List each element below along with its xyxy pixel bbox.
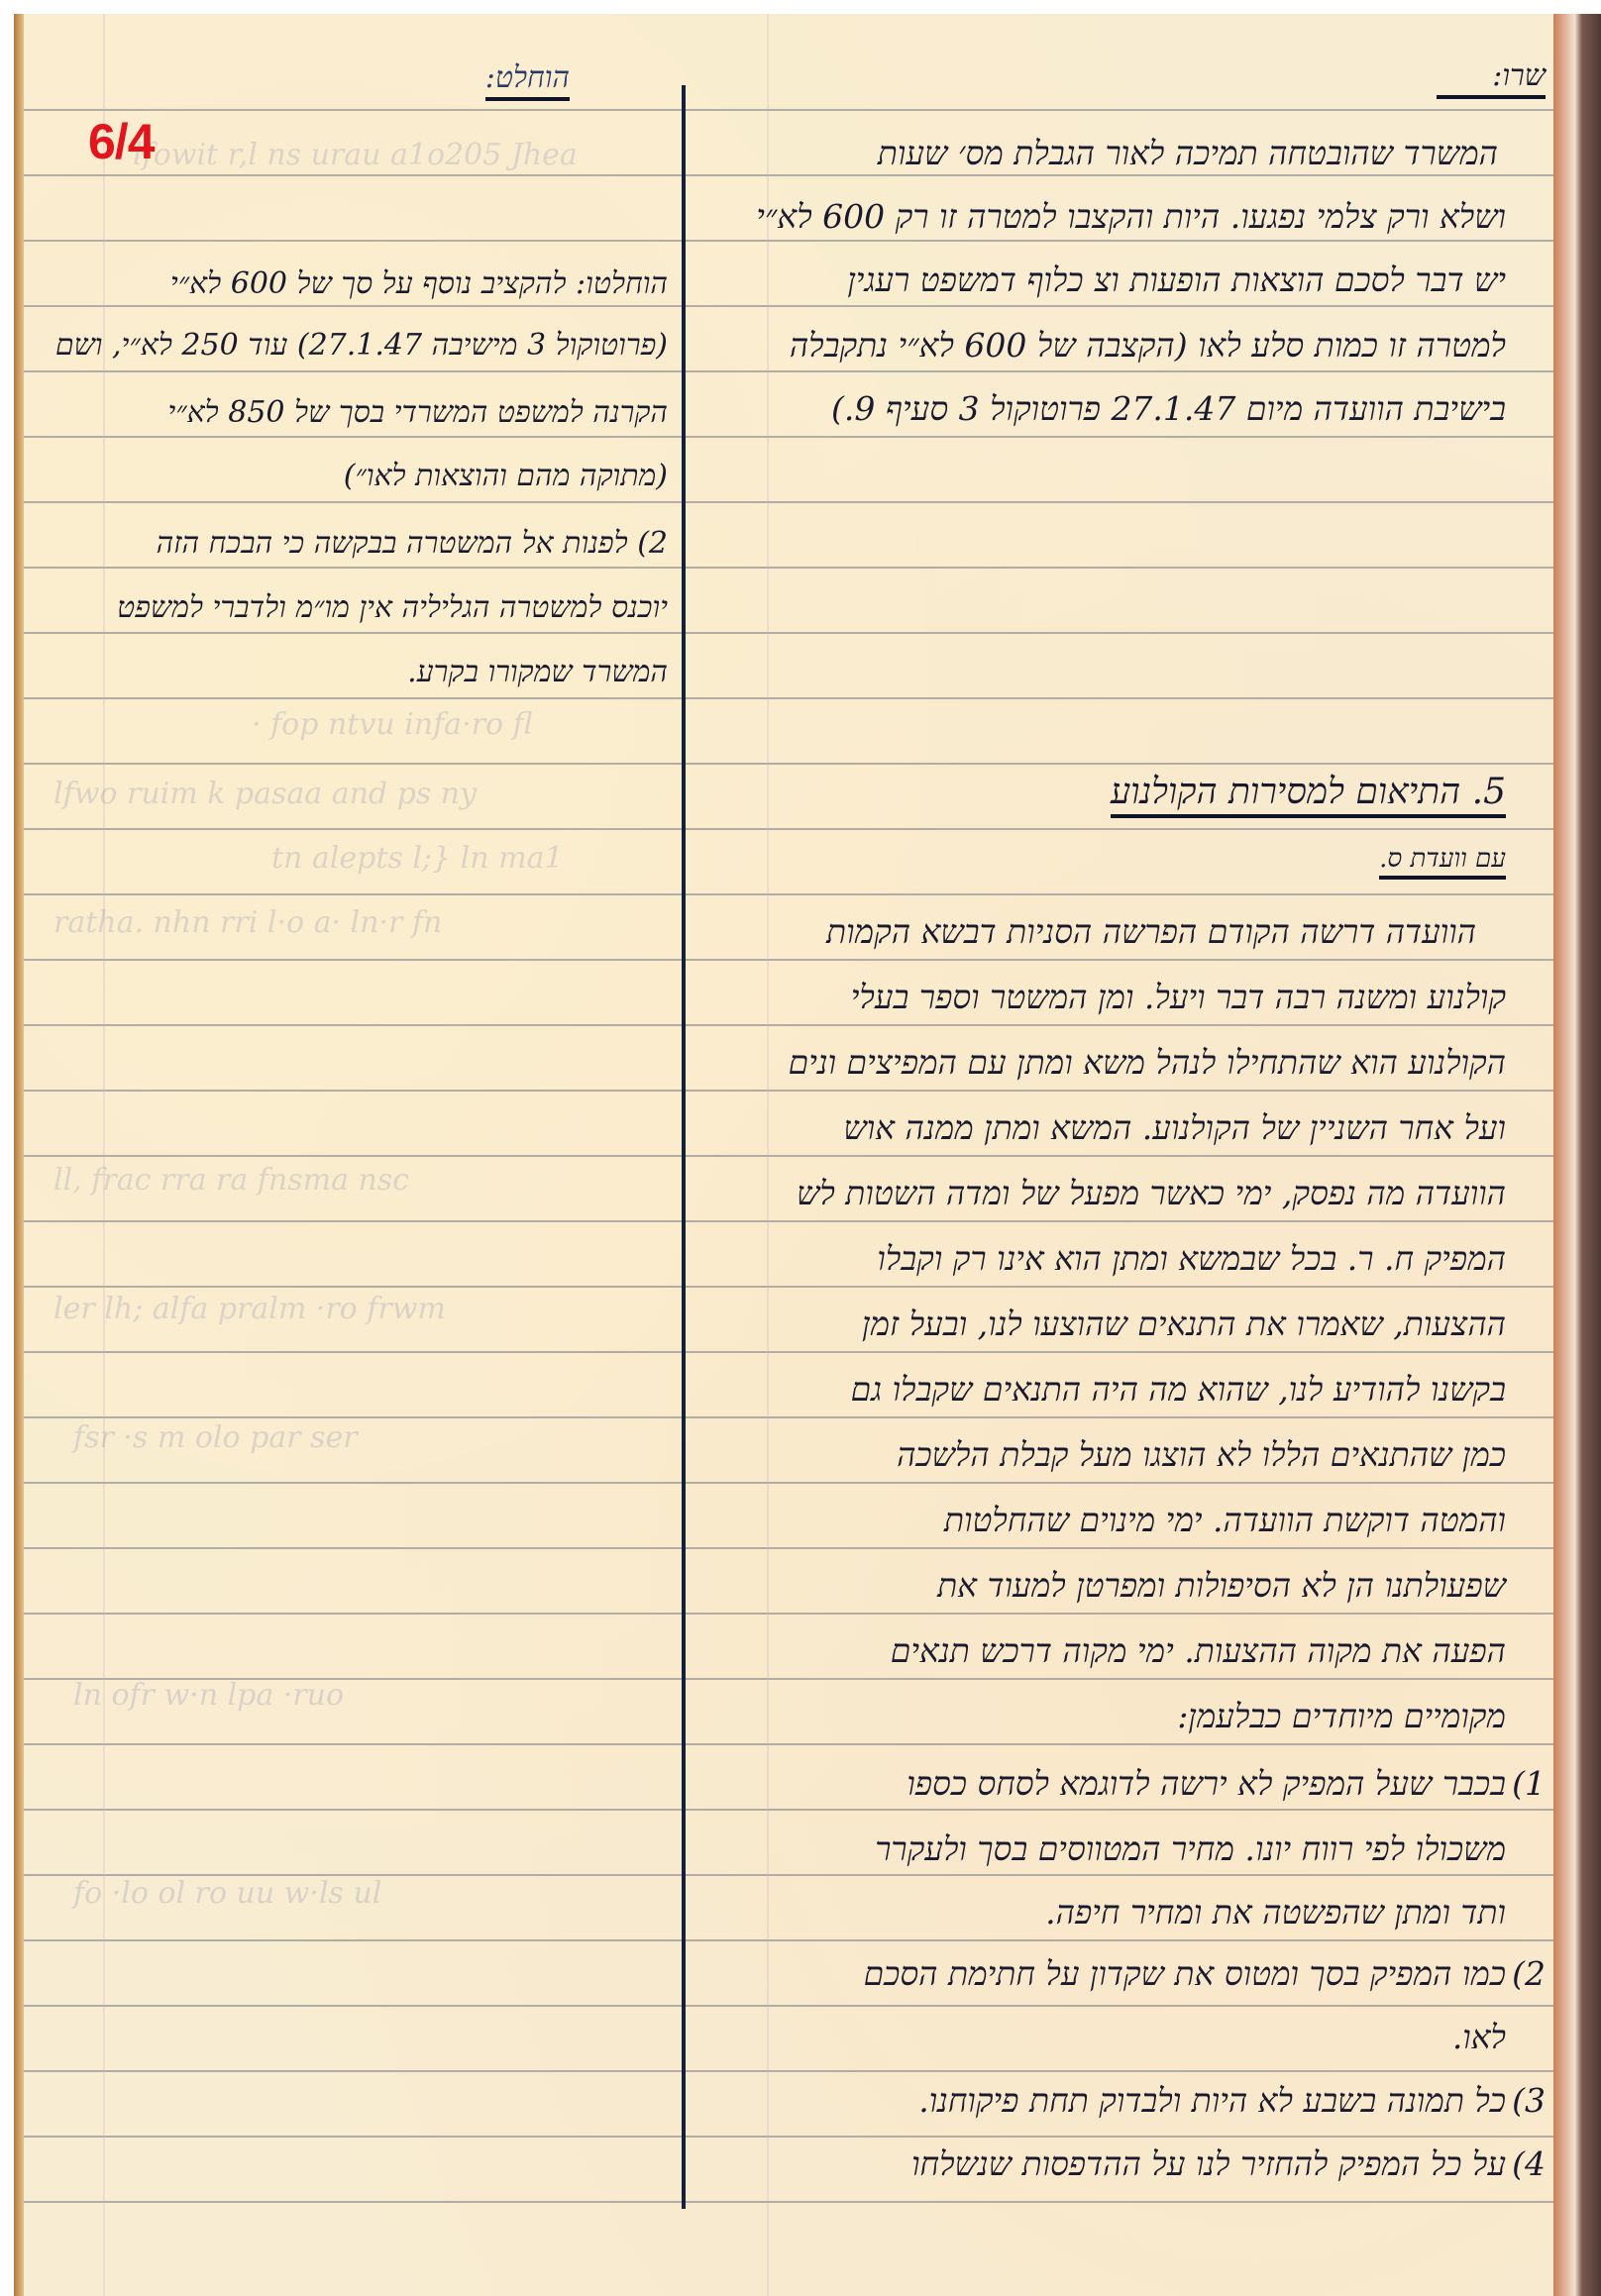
ruled-line xyxy=(24,436,1565,438)
list-item-line: ותד ומתן שהפשטה את ומחיר חיפה. xyxy=(1045,1896,1506,1929)
paragraph-line: ההצעות, שאמרו את התנאים שהוצעו לנו, ובעל… xyxy=(862,1307,1506,1340)
paragraph-line: ושלא ורק צלמי נפגעו. היות והקצבו למטרה ז… xyxy=(756,200,1506,233)
ruled-line xyxy=(24,697,1565,699)
ruled-line xyxy=(24,1743,1565,1745)
paragraph-line: המפיק ח. ר. בכל שבמשא ומתן הוא אינו רק ו… xyxy=(877,1242,1506,1275)
ruled-line xyxy=(24,501,1565,503)
left-column-line: הוחלטו: להקציב נוסף על סך של 600 לא״י xyxy=(170,269,668,299)
ruled-line xyxy=(24,828,1565,830)
bleed-through-text: lfowit r,l ns urau a1o205 Jhea xyxy=(133,138,578,172)
ruled-line xyxy=(24,1220,1565,1222)
ruled-line xyxy=(24,240,1565,242)
list-item-marker: 1) xyxy=(1512,1767,1546,1800)
ruled-line xyxy=(24,2005,1565,2007)
list-item-marker: 3) xyxy=(1512,2084,1546,2117)
left-column-line: 2) לפנות אל המשטרה בבקשה כי הבכח הזה xyxy=(157,529,668,559)
paragraph-line: ועל אחר השניין של הקולנוע. המשא ומתן ממנ… xyxy=(843,1111,1506,1144)
ruled-line xyxy=(24,2070,1565,2072)
left-column-header: הוחלט: xyxy=(485,63,570,101)
bleed-through-text: · fop ntvu infa·ro fl xyxy=(252,707,533,742)
paragraph-line: הוועדה דרשה הקודם הפרשה הסניות דבשא הקמו… xyxy=(826,915,1476,948)
list-item-marker: 2) xyxy=(1512,1957,1546,1990)
left-column-line: הקרנה למשפט המשרדי בסך של 850 לא״י xyxy=(167,398,668,428)
ruled-line xyxy=(24,2201,1565,2203)
paragraph-line: יש דבר לסכם הוצאות הופעות וצ כלוף דמשפט … xyxy=(847,263,1506,296)
bleed-through-text: fo ·lo ol ro uu w·ls ul xyxy=(73,1876,381,1911)
bleed-through-text: ln ofr w·n lpa ·ruo xyxy=(73,1678,344,1713)
paragraph-line: הקולנוע הוא שהתחילו לנהל משא ומתן עם המפ… xyxy=(789,1046,1506,1079)
paragraph-line: מקומיים מיוחדים כבלעמן: xyxy=(1177,1700,1506,1732)
paragraph-line: למטרה זו כמות סלע לאו (הקצבה של 600 לא״י… xyxy=(790,329,1506,362)
ruled-line xyxy=(24,893,1565,895)
list-item-line: כמו המפיק בסך ומטוס את שקדון על חתימת הס… xyxy=(864,1957,1506,1990)
list-item-line: בכבר שעל המפיק לא ירשה לדוגמא לסחס כספו xyxy=(907,1767,1506,1800)
right-column-header: שרו: xyxy=(1437,61,1546,99)
notebook-binding-edge xyxy=(1553,14,1601,2296)
paragraph-line: כמן שהתנאים הללו לא הוצגו מעל קבלת הלשכה xyxy=(897,1438,1506,1471)
ruled-line xyxy=(24,959,1565,961)
paragraph-line: הפעה את מקוה ההצעות. ימי מקוה דרכש תנאים xyxy=(891,1634,1506,1667)
left-column-line: המשרד שמקורו בקרע. xyxy=(407,658,668,687)
bleed-through-text: ler lh; alfa pralm ·ro frwm xyxy=(53,1292,446,1326)
notebook-page: lfowit r,l ns urau a1o205 Jhea · fop ntv… xyxy=(14,14,1565,2296)
bleed-through-text: fsr ·s m olo par ser xyxy=(73,1420,358,1455)
ruled-line xyxy=(24,1416,1565,1418)
page-number-label: 6/4 xyxy=(88,113,155,170)
ruled-line xyxy=(24,1547,1565,1549)
list-item-line: על כל המפיק להחזיר לנו על ההדפסות שנשלחו xyxy=(911,2147,1506,2180)
ruled-line xyxy=(24,1090,1565,1092)
left-column-line: יוכנס למשטרה הגליליה אין מו״מ ולדברי למש… xyxy=(117,593,668,623)
ruled-line xyxy=(24,2136,1565,2138)
ruled-line xyxy=(24,1155,1565,1157)
column-divider xyxy=(682,85,686,2209)
paragraph-line: הוועדה מה נפסק, ימי כאשר מפעל של ומדה הש… xyxy=(797,1177,1506,1209)
ruled-line xyxy=(24,370,1565,372)
paragraph-line: בקשנו להודיע לנו, שהוא מה היה התנאים שקב… xyxy=(851,1373,1506,1406)
ruled-line xyxy=(24,567,1565,569)
list-item-line: משכולו לפי רווח יונו. מחיר המטווסים בסך … xyxy=(875,1832,1506,1865)
paragraph-line: קולנוע ומשנה רבה דבר ויעל. ומן המשטר וספ… xyxy=(851,981,1506,1013)
ruled-line xyxy=(24,109,1565,111)
paragraph-line: והמטה דוקשת הוועדה. ימי מינוים שהחלטות xyxy=(944,1504,1506,1536)
bleed-through-text: tn alepts l;} ln ma1 xyxy=(271,841,564,876)
ruled-line xyxy=(24,1809,1565,1811)
ruled-line xyxy=(24,1024,1565,1026)
left-column-line: (מתוקה מהם והוצאות לאו״) xyxy=(344,462,668,491)
ruled-line xyxy=(24,1939,1565,1941)
ruled-line xyxy=(24,632,1565,634)
ruled-line xyxy=(24,1482,1565,1484)
faint-margin-line xyxy=(767,14,769,2296)
bleed-through-text: ratha. nhn rri l·o a· ln·r fn xyxy=(53,905,442,940)
list-item-line: לאו. xyxy=(1452,2021,1506,2053)
ruled-line xyxy=(24,1286,1565,1288)
ruled-line xyxy=(24,305,1565,307)
bleed-through-text: lfwo ruim k pasaa and ps ny xyxy=(53,777,477,811)
paragraph-line: בישיבת הוועדה מיום 27.1.47 פרוטוקול 3 סע… xyxy=(831,392,1506,425)
list-item-marker: 4) xyxy=(1512,2147,1546,2180)
list-item-line: כל תמונה בשבע לא היות ולבדוק תחת פיקוחנו… xyxy=(918,2084,1506,2117)
paragraph-line: שפעולתנו הן לא הסיפולות ומפרטן למעוד את xyxy=(937,1569,1506,1602)
paragraph-line: המשרד שהובטחה תמיכה לאור הגבלת מס׳ שעות xyxy=(878,137,1498,169)
section-subtitle: עם וועדת ס. xyxy=(1379,846,1506,880)
ruled-line xyxy=(24,763,1565,765)
section-title: 5. התיאום למסירות הקולנוע xyxy=(1111,775,1506,818)
bleed-through-text: ll, frac rra ra fnsma nsc xyxy=(53,1163,409,1198)
ruled-line xyxy=(24,174,1565,176)
ruled-line xyxy=(24,1613,1565,1615)
left-column-line: (פרוטוקול 3 מישיבה 27.1.47) עוד 250 לא״י… xyxy=(55,331,668,361)
ruled-line xyxy=(24,1351,1565,1353)
